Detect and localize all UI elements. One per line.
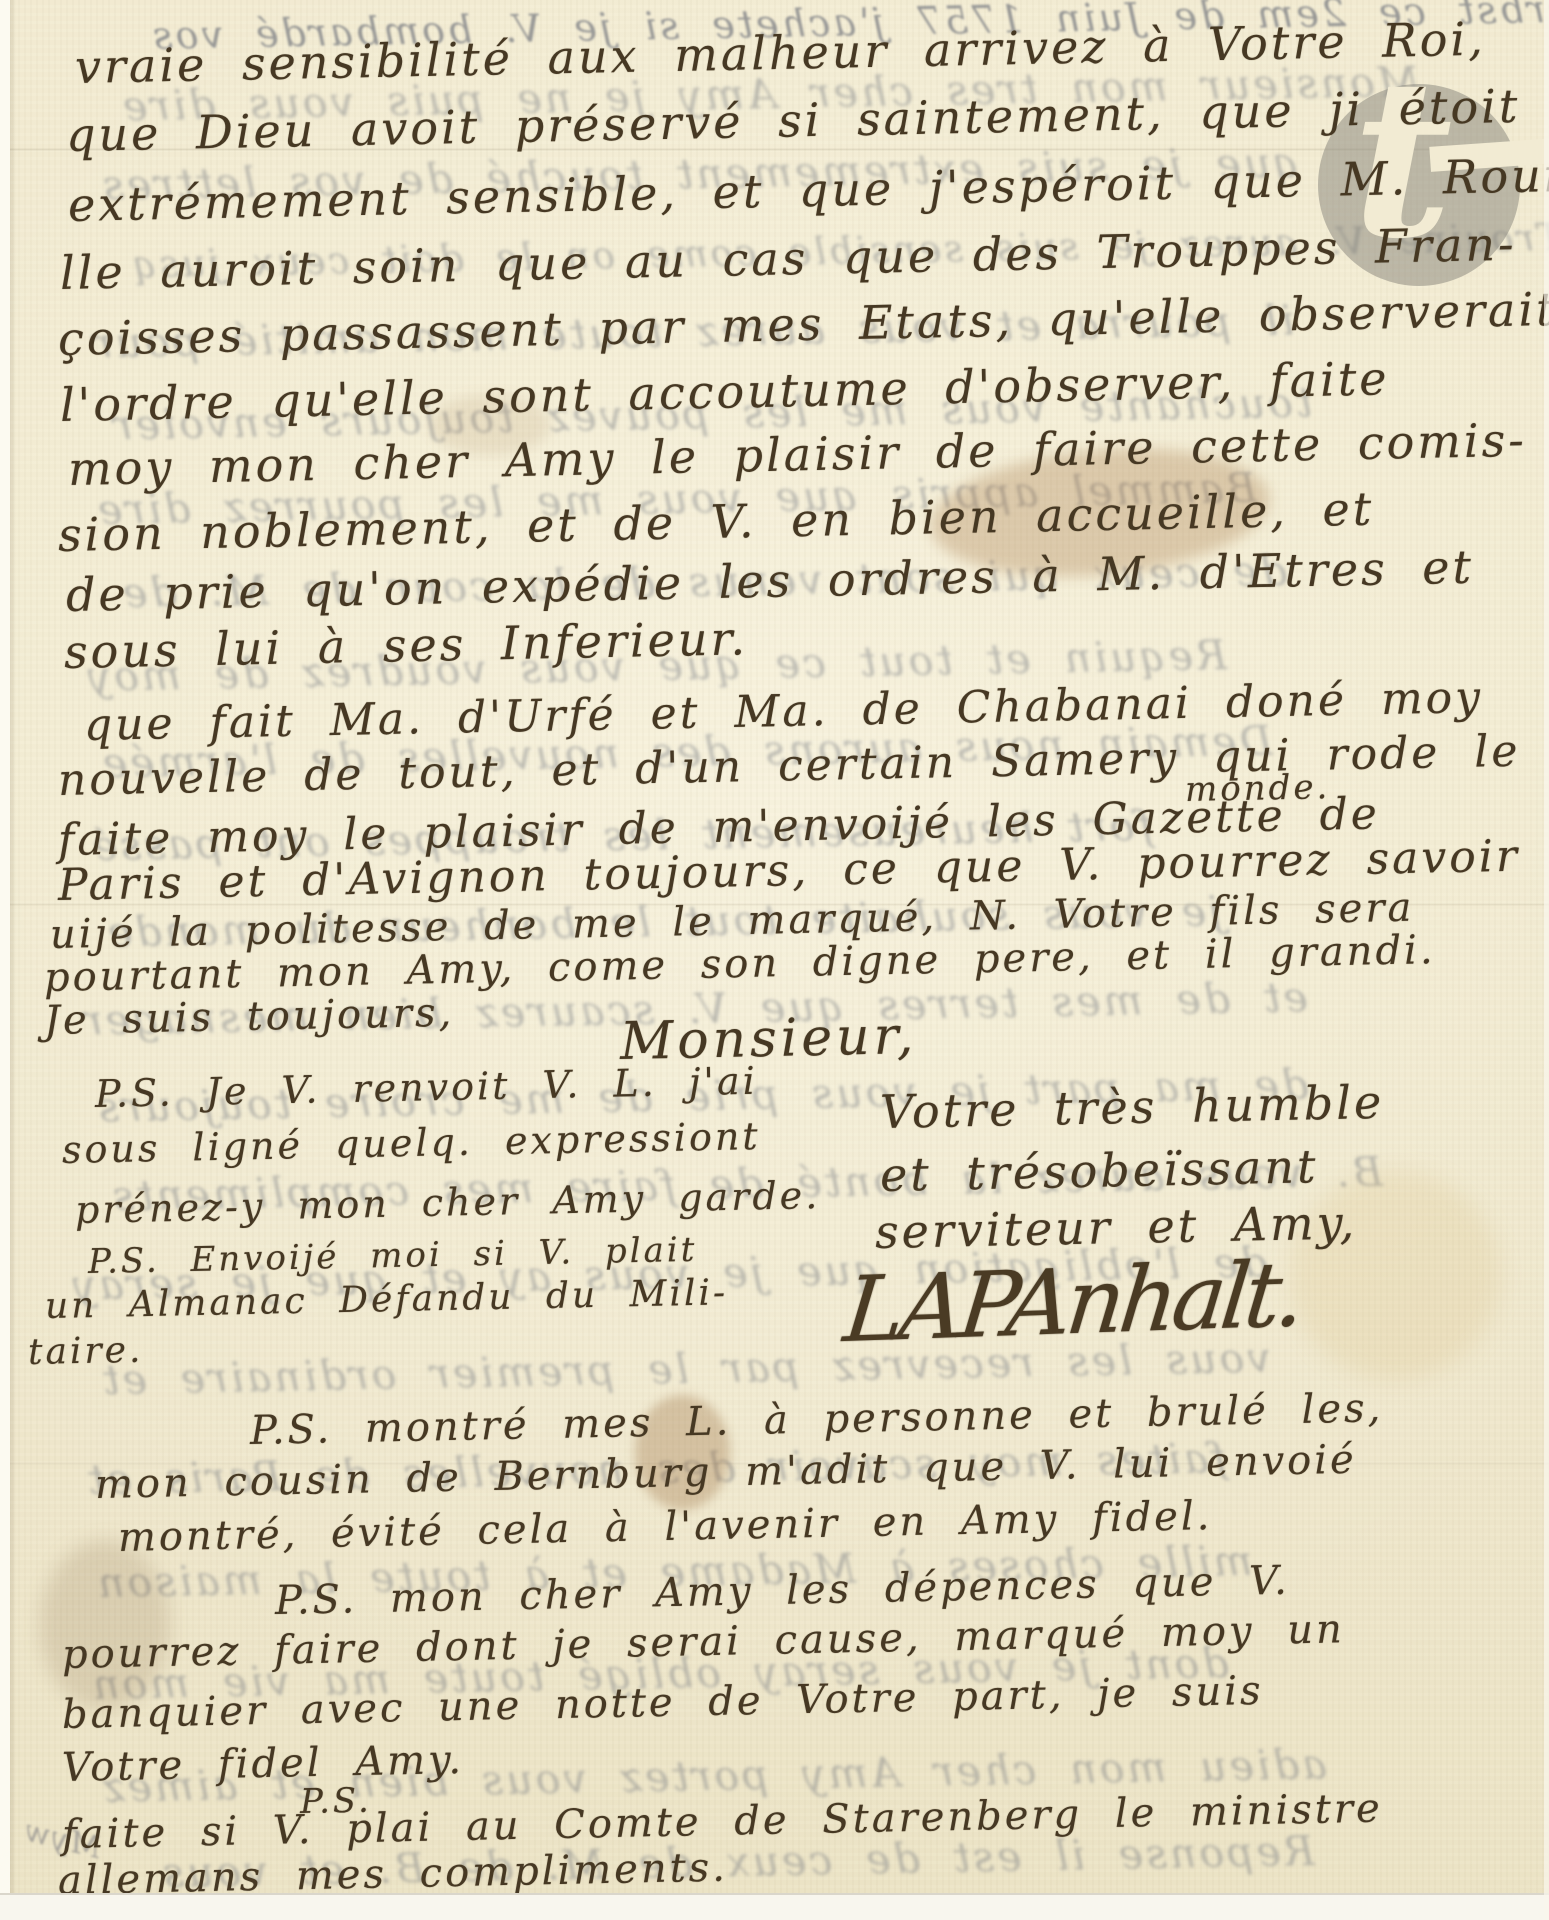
paper-edge-left xyxy=(0,0,10,1920)
valediction-line: Votre très humble xyxy=(879,1075,1384,1139)
postscript-line: Votre fidel Amy. xyxy=(62,1737,465,1791)
paper-edge-right xyxy=(1544,0,1549,1920)
paper-edge-left-shadow xyxy=(10,0,16,1920)
paper-edge-bottom xyxy=(0,1893,1549,1920)
signature: LAPAnhalt. xyxy=(839,1242,1305,1363)
letter-scan-page: Zerbst ce 2em de Juin 1757 j'achete si j… xyxy=(0,0,1549,1920)
letter-line: Je suis toujours, xyxy=(44,990,455,1044)
postscript-line: taire. xyxy=(28,1330,144,1373)
valediction-line: et trésobeïssant xyxy=(879,1139,1318,1202)
